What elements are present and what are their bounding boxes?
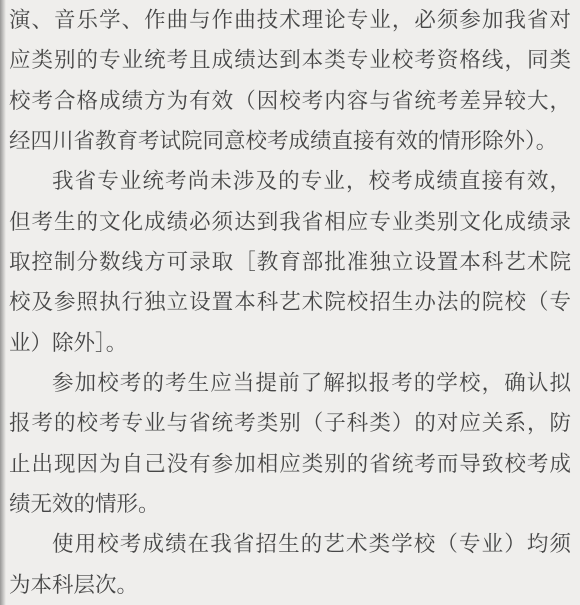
- paragraph-3: 参加校考的考生应当提前了解拟报考的学校，确认拟 报考的校考专业与省统考类别（子科…: [9, 364, 571, 525]
- text-line: 止出现因为自己没有参加相应类别的省统考而导致校考成: [9, 445, 571, 485]
- text-line: 校及参照执行独立设置本科艺术院校招生办法的院校（专: [9, 283, 571, 323]
- text-line: 业）除外］。: [9, 324, 571, 364]
- text-line: 使用校考成绩在我省招生的艺术类学校（专业）均须: [9, 525, 571, 565]
- text-line: 绩无效的情形。: [9, 485, 571, 525]
- text-line: 演、音乐学、作曲与作曲技术理论专业，必须参加我省对: [9, 1, 571, 41]
- paragraph-2: 我省专业统考尚未涉及的专业，校考成绩直接有效， 但考生的文化成绩必须达到我省相应…: [9, 162, 571, 364]
- text-line: 取控制分数线方可录取［教育部批准独立设置本科艺术院: [9, 243, 571, 283]
- text-line: 校考合格成绩方为有效（因校考内容与省统考差异较大，: [9, 82, 571, 122]
- paragraph-4: 使用校考成绩在我省招生的艺术类学校（专业）均须 为本科层次。: [9, 525, 571, 605]
- document-page: 演、音乐学、作曲与作曲技术理论专业，必须参加我省对 应类别的专业统考且成绩达到本…: [0, 0, 580, 605]
- text-line: 为本科层次。: [9, 566, 571, 605]
- text-line: 报考的校考专业与省统考类别（子科类）的对应关系，防: [9, 404, 571, 444]
- text-line: 我省专业统考尚未涉及的专业，校考成绩直接有效，: [9, 162, 571, 202]
- text-line: 但考生的文化成绩必须达到我省相应专业类别文化成绩录: [9, 203, 571, 243]
- text-line: 应类别的专业统考且成绩达到本类专业校考资格线，同类: [9, 41, 571, 81]
- text-line: 参加校考的考生应当提前了解拟报考的学校，确认拟: [9, 364, 571, 404]
- text-line: 经四川省教育考试院同意校考成绩直接有效的情形除外）。: [9, 122, 571, 162]
- paragraph-1: 演、音乐学、作曲与作曲技术理论专业，必须参加我省对 应类别的专业统考且成绩达到本…: [9, 1, 571, 162]
